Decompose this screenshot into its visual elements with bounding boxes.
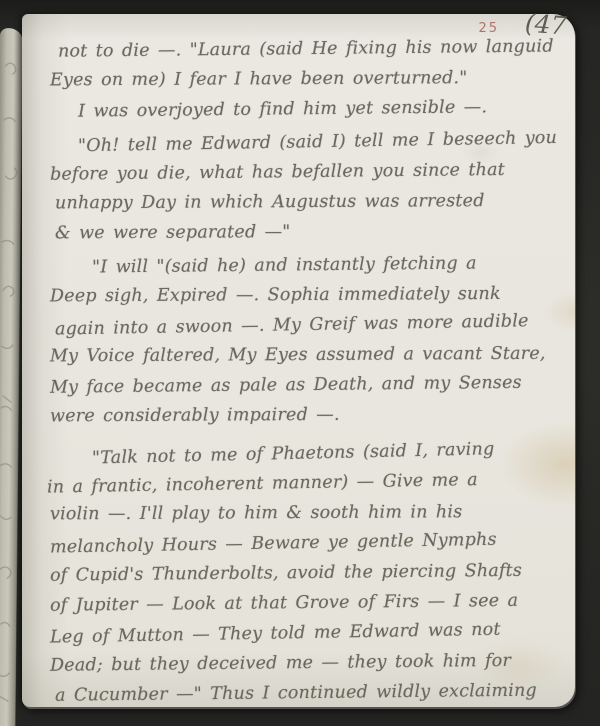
manuscript-line: not to die —. "Laura (said He fixing his… <box>58 31 569 66</box>
manuscript-line: & we were separated —" <box>55 216 569 249</box>
photo-background: 25 (47 not to die —. "Laura (said He fix… <box>0 0 600 726</box>
adjacent-page-edge <box>0 28 23 726</box>
edge-writing-marks-icon <box>0 28 23 726</box>
manuscript-line: were considerably impaired —. <box>50 399 569 432</box>
manuscript-line: before you die, what has befallen you si… <box>50 154 569 189</box>
manuscript-line: unhappy Day in which Augustus was arrest… <box>55 186 569 219</box>
manuscript-line: My Voice faltered, My Eyes assumed a vac… <box>50 339 569 372</box>
manuscript-line: I was overjoyed to find him yet sensible… <box>78 91 569 126</box>
manuscript-page: 25 (47 not to die —. "Laura (said He fix… <box>22 14 575 707</box>
manuscript-line: a Cucumber —" Thus I continued wildly ex… <box>55 675 569 710</box>
manuscript-line: My face became as pale as Death, and my … <box>50 367 569 402</box>
manuscript-line: "I will "(said he) and instantly fetchin… <box>92 248 569 283</box>
manuscript-line: Eyes on me) I fear I have been overturne… <box>50 63 569 96</box>
manuscript-text: not to die —. "Laura (said He fixing his… <box>50 34 569 708</box>
